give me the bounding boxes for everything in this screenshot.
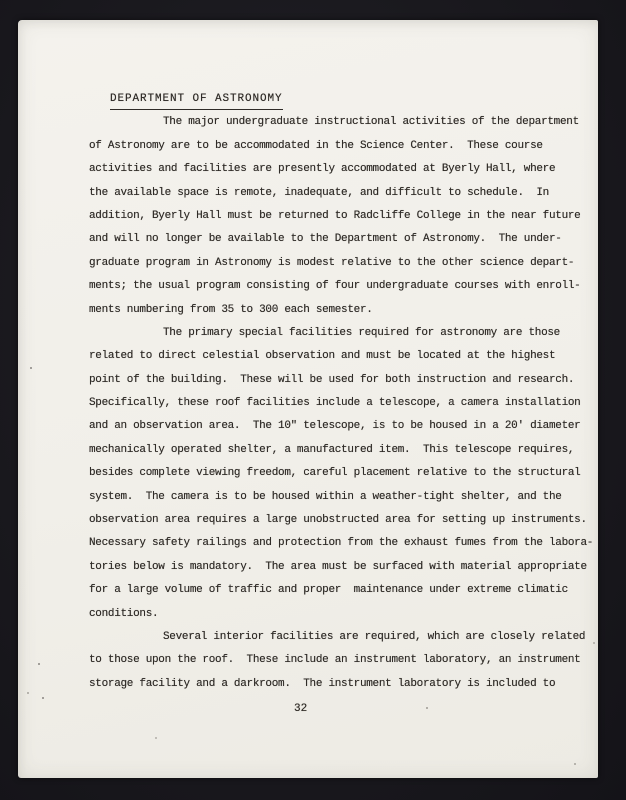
document-page: DEPARTMENT OF ASTRONOMY The major underg… <box>18 20 598 778</box>
paper-speck <box>426 707 428 709</box>
paper-speck <box>27 692 29 694</box>
text-line: the available space is remote, inadequat… <box>89 182 601 205</box>
text-line: addition, Byerly Hall must be returned t… <box>89 205 601 228</box>
paper-speck <box>574 763 576 765</box>
text-line: activities and facilities are presently … <box>89 158 601 181</box>
text-line: for a large volume of traffic and proper… <box>89 579 601 602</box>
paper-speck <box>38 663 40 665</box>
paper-speck <box>593 642 595 644</box>
text-line: The major undergraduate instructional ac… <box>89 111 601 134</box>
paper-speck <box>42 697 44 699</box>
text-line: Necessary safety railings and protection… <box>89 532 601 555</box>
text-line: Several interior facilities are required… <box>89 626 601 649</box>
text-line: and an observation area. The 10" telesco… <box>89 415 601 438</box>
text-line: besides complete viewing freedom, carefu… <box>89 462 601 485</box>
text-line: system. The camera is to be housed withi… <box>89 486 601 509</box>
paper-speck <box>155 737 157 739</box>
page-number: 32 <box>294 698 334 721</box>
text-line: tories below is mandatory. The area must… <box>89 556 601 579</box>
section-heading-text: DEPARTMENT OF ASTRONOMY <box>110 89 283 110</box>
text-line: mechanically operated shelter, a manufac… <box>89 439 601 462</box>
text-line: ments; the usual program consisting of f… <box>89 275 601 298</box>
text-line: The primary special facilities required … <box>89 322 601 345</box>
paper-speck <box>30 367 32 369</box>
text-line: to those upon the roof. These include an… <box>89 649 601 672</box>
text-line: of Astronomy are to be accommodated in t… <box>89 135 601 158</box>
text-line: graduate program in Astronomy is modest … <box>89 252 601 275</box>
section-heading: DEPARTMENT OF ASTRONOMY <box>89 88 601 111</box>
text-line: ments numbering from 35 to 300 each seme… <box>89 299 601 322</box>
text-line: related to direct celestial observation … <box>89 345 601 368</box>
document-body: DEPARTMENT OF ASTRONOMY The major underg… <box>89 88 601 696</box>
text-line: and will no longer be available to the D… <box>89 228 601 251</box>
text-line: storage facility and a darkroom. The ins… <box>89 673 601 696</box>
text-line: point of the building. These will be use… <box>89 369 601 392</box>
text-line: observation area requires a large unobst… <box>89 509 601 532</box>
text-line: conditions. <box>89 603 601 626</box>
text-line: Specifically, these roof facilities incl… <box>89 392 601 415</box>
